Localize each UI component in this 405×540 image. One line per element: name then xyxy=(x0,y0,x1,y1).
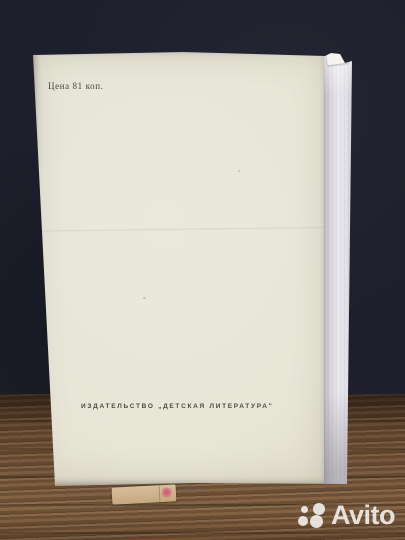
ink-dot xyxy=(190,487,194,489)
price-label: Цена 81 коп. xyxy=(48,81,104,91)
book-photo: Цена 81 коп. ИЗДАТЕЛЬСТВО „ДЕТСКАЯ ЛИТЕР… xyxy=(0,0,405,540)
avito-watermark: Avito xyxy=(298,501,395,531)
tag-red-mark xyxy=(161,487,173,499)
book: Цена 81 коп. ИЗДАТЕЛЬСТВО „ДЕТСКАЯ ЛИТЕР… xyxy=(33,52,353,486)
avito-dots-icon xyxy=(298,503,327,531)
cover-speck xyxy=(238,170,240,172)
publisher-label: ИЗДАТЕЛЬСТВО „ДЕТСКАЯ ЛИТЕРАТУРА" xyxy=(81,403,273,410)
price-tag xyxy=(112,484,177,504)
avito-wordmark: Avito xyxy=(331,501,395,530)
cover-speck xyxy=(143,297,146,299)
cover-crease xyxy=(33,226,326,233)
book-back-cover: Цена 81 коп. ИЗДАТЕЛЬСТВО „ДЕТСКАЯ ЛИТЕР… xyxy=(33,52,326,486)
